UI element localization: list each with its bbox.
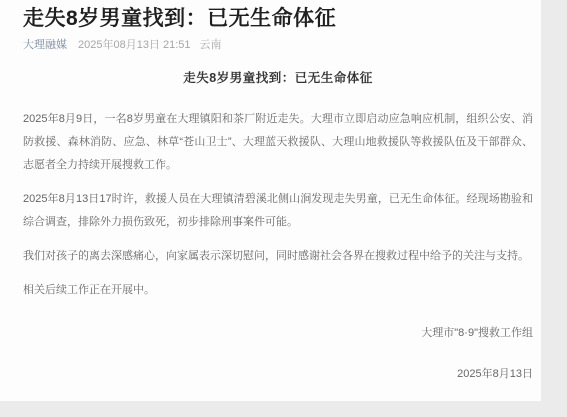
- publish-datetime: 2025年08月13日 21:51: [78, 39, 191, 52]
- signoff-block: 大理市"8·9"搜救工作组 2025年8月13日: [23, 322, 533, 386]
- publish-location: 云南: [200, 39, 222, 52]
- signature-line: 大理市"8·9"搜救工作组: [23, 322, 533, 345]
- article-paragraph: 我们对孩子的离去深感痛心，向家属表示深切慰问，同时感谢社会各界在搜救过程中给予的…: [23, 245, 533, 268]
- article-page: 走失8岁男童找到：已无生命体征 大理融媒 2025年08月13日 21:51 云…: [0, 0, 541, 401]
- page-title: 走失8岁男童找到：已无生命体征: [23, 6, 533, 32]
- article-heading: 走失8岁男童找到：已无生命体征: [23, 70, 533, 86]
- article-paragraph: 相关后续工作正在开展中。: [23, 279, 533, 302]
- article-paragraph: 2025年8月9日，一名8岁男童在大理镇阳和茶厂附近走失。大理市立即启动应急响应…: [23, 108, 533, 177]
- account-name-link[interactable]: 大理融媒: [23, 39, 67, 52]
- article-paragraph: 2025年8月13日17时许，救援人员在大理镇清碧溪北侧山涧发现走失男童，已无生…: [23, 188, 533, 234]
- byline: 大理融媒 2025年08月13日 21:51 云南: [23, 39, 533, 52]
- signature-date: 2025年8月13日: [23, 363, 533, 386]
- article-body: 2025年8月9日，一名8岁男童在大理镇阳和茶厂附近走失。大理市立即启动应急响应…: [23, 108, 533, 302]
